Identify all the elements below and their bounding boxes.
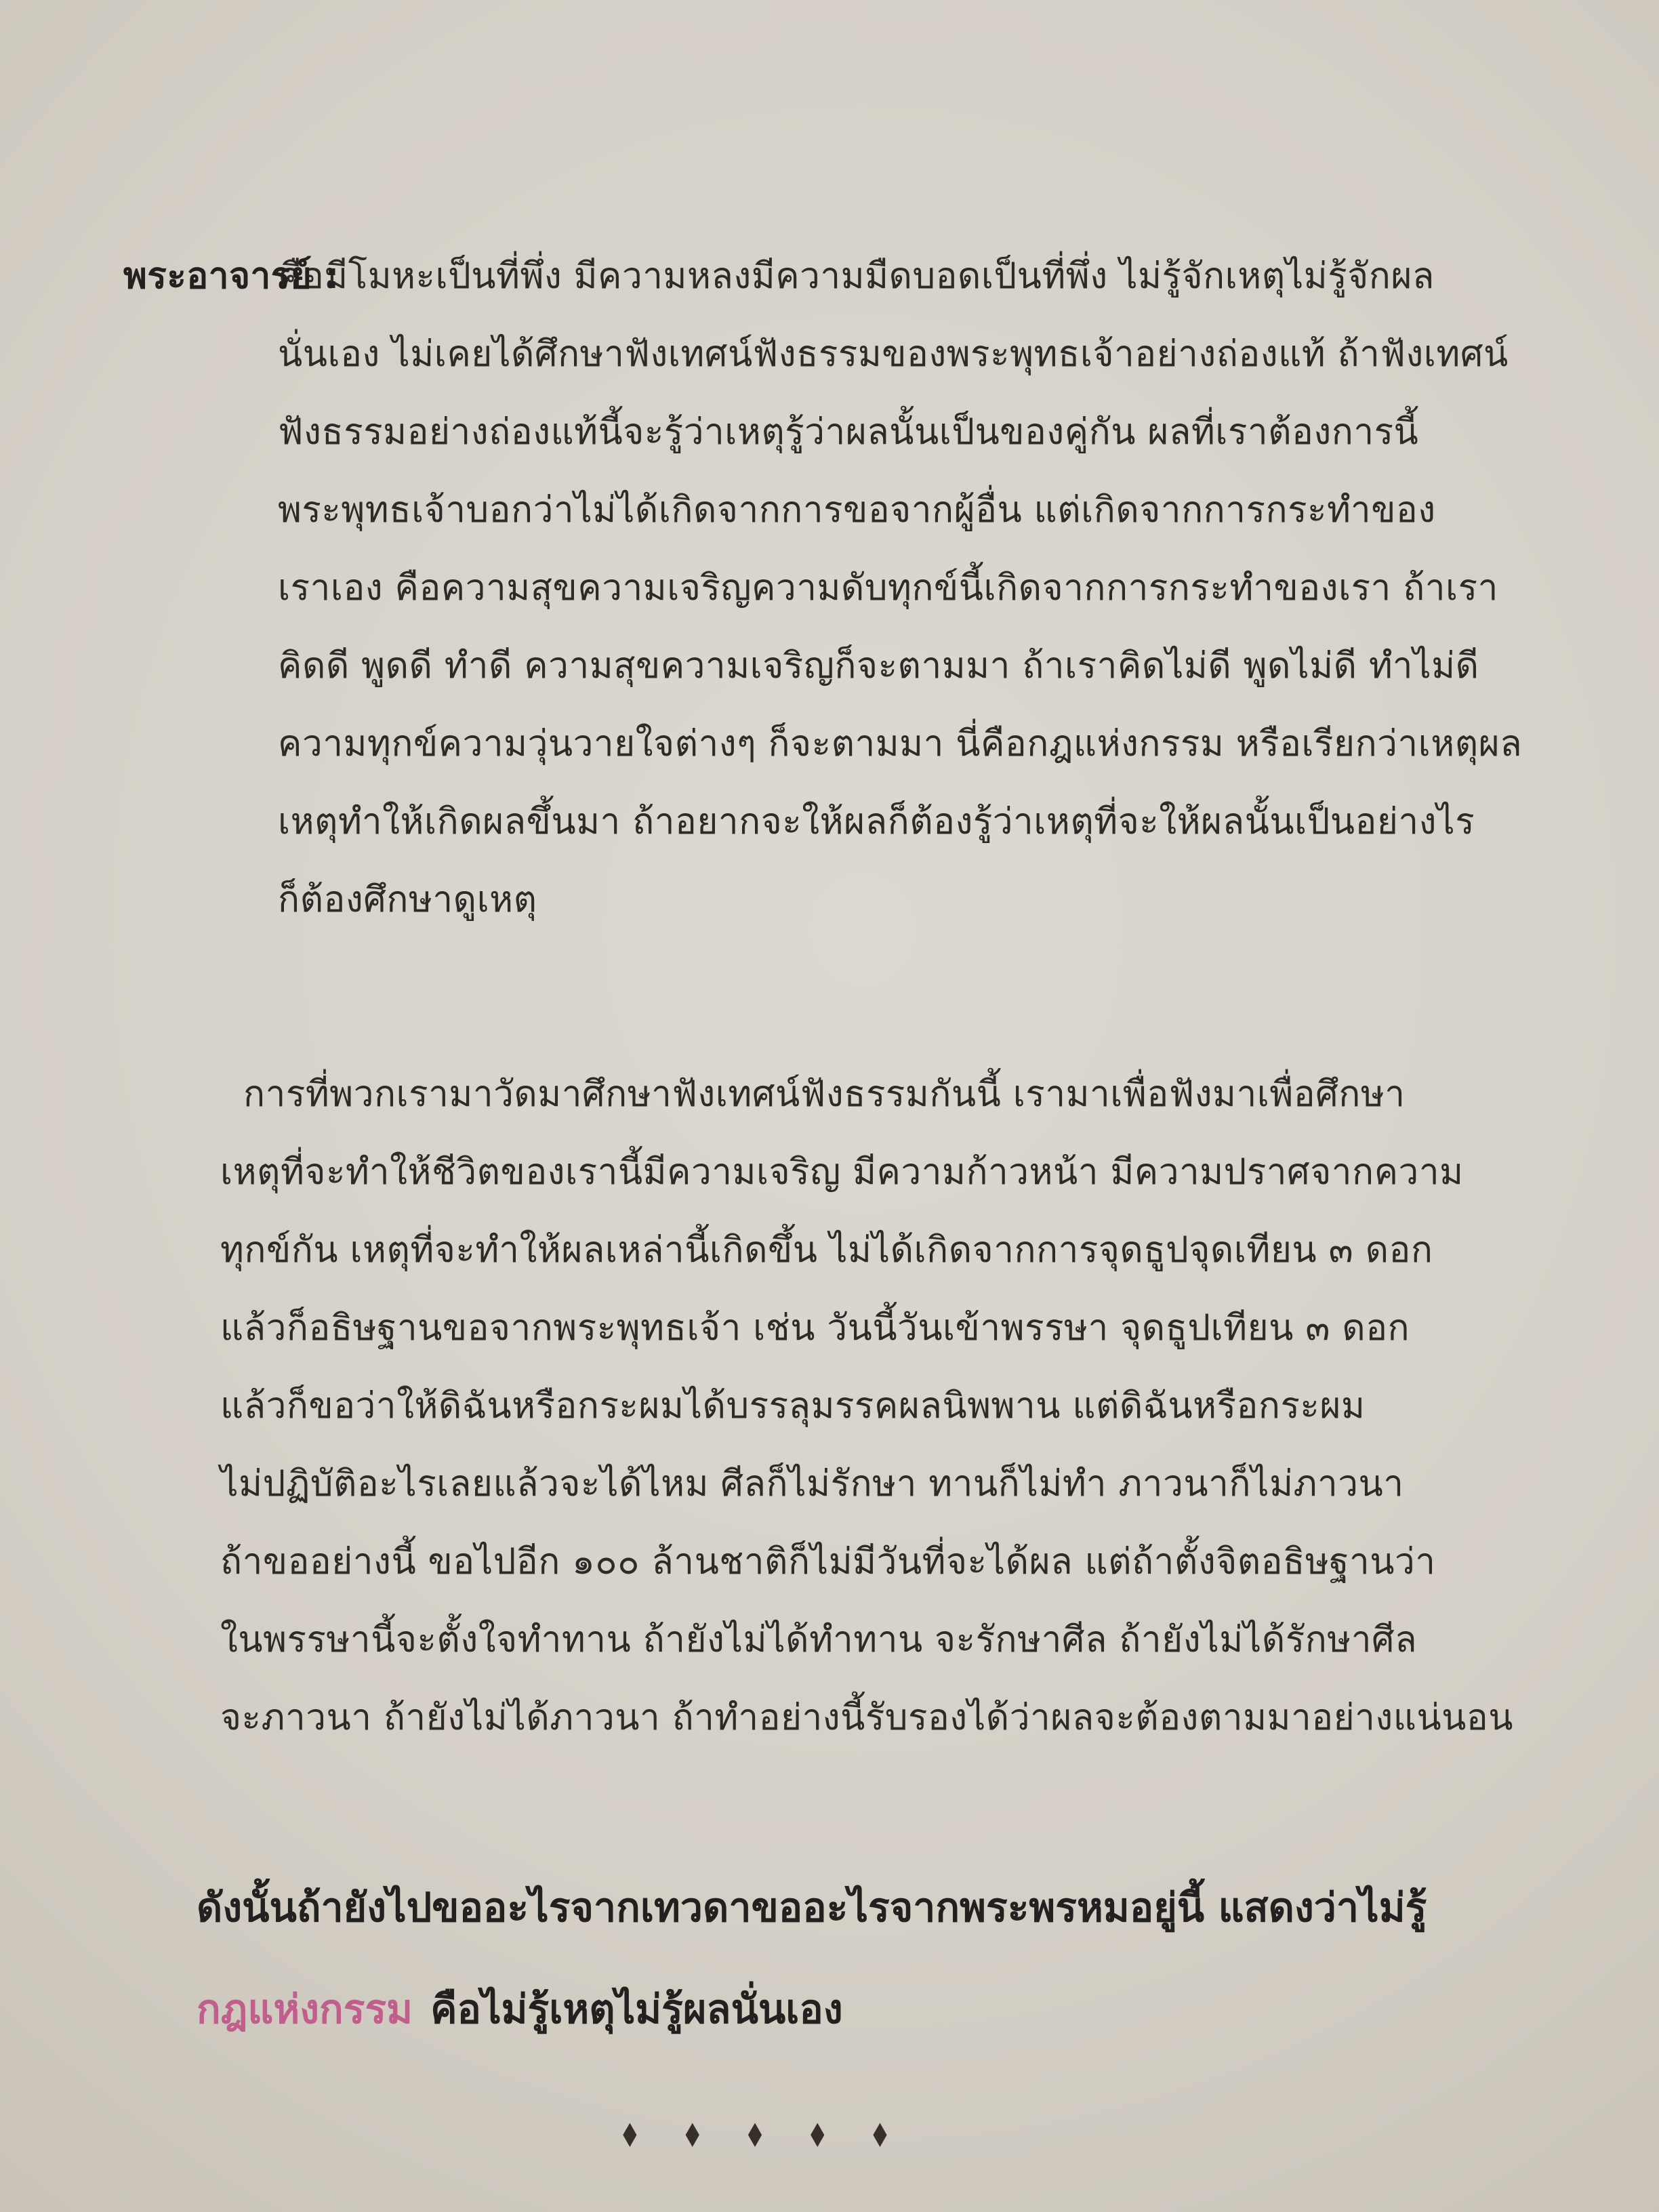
text-line: เหตุทำให้เกิดผลขึ้นมา ถ้าอยากจะให้ผลก็ต้… (278, 783, 1618, 861)
text-line: ทุกข์กัน เหตุที่จะทำให้ผลเหล่านี้เกิดขึ้… (220, 1211, 1618, 1289)
diamond-ornament-icon: ♦ (682, 2118, 703, 2155)
text-line: การที่พวกเรามาวัดมาศึกษาฟังเทศน์ฟังธรรมก… (220, 1055, 1618, 1133)
text-line: ดังนั้นถ้ายังไปขออะไรจากเทวดาขออะไรจากพร… (197, 1857, 1618, 1959)
text-line: ถ้าขออย่างนี้ ขอไปอีก ๑๐๐ ล้านชาติก็ไม่ม… (220, 1523, 1618, 1601)
diamond-ornament-icon: ♦ (869, 2118, 890, 2155)
conclusion-line2: คือไม่รู้เหตุไม่รู้ผลนั่นเอง (430, 1986, 843, 2032)
section-divider-diamonds: ♦♦♦♦♦ (0, 2123, 1564, 2150)
text-line: เหตุที่จะทำให้ชีวิตของเรานี้มีความเจริญ … (220, 1133, 1618, 1211)
text-line: แล้วก็อธิษฐานขอจากพระพุทธเจ้า เช่น วันนี… (220, 1289, 1618, 1367)
speaker-label: พระอาจารย์ : (123, 237, 340, 315)
diamond-ornament-icon: ♦ (619, 2118, 640, 2155)
diamond-ornament-icon: ♦ (744, 2118, 766, 2155)
highlight-law-of-karma: กฎแห่งกรรม (197, 1986, 413, 2032)
book-page: พระอาจารย์ : คือมีโมหะเป็นที่พึ่ง มีความ… (0, 0, 1659, 2212)
conclusion-line1: ดังนั้นถ้ายังไปขออะไรจากเทวดาขออะไรจากพร… (197, 1884, 1427, 1931)
paragraph-2-lines: การที่พวกเรามาวัดมาศึกษาฟังเทศน์ฟังธรรมก… (220, 1055, 1618, 1757)
text-line: ในพรรษานี้จะตั้งใจทำทาน ถ้ายังไม่ได้ทำทา… (220, 1601, 1618, 1679)
text-line: พระพุทธเจ้าบอกว่าไม่ได้เกิดจากการขอจากผู… (278, 471, 1618, 549)
conclusion-paragraph: ดังนั้นถ้ายังไปขออะไรจากเทวดาขออะไรจากพร… (197, 1857, 1618, 2060)
text-line: ฟังธรรมอย่างถ่องแท้นี้จะรู้ว่าเหตุรู้ว่า… (278, 393, 1618, 471)
text-line: แล้วก็ขอว่าให้ดิฉันหรือกระผมได้บรรลุมรรค… (220, 1367, 1618, 1445)
paragraph-teacher-answer: พระอาจารย์ : คือมีโมหะเป็นที่พึ่ง มีความ… (278, 237, 1618, 939)
text-line: กฎแห่งกรรมคือไม่รู้เหตุไม่รู้ผลนั่นเอง (197, 1959, 1618, 2060)
text-line: เราเอง คือความสุขความเจริญความดับทุกข์นี… (278, 549, 1618, 627)
text-line: จะภาวนา ถ้ายังไม่ได้ภาวนา ถ้าทำอย่างนี้ร… (220, 1679, 1618, 1757)
text-line: ไม่ปฏิบัติอะไรเลยแล้วจะได้ไหม ศีลก็ไม่รั… (220, 1445, 1618, 1523)
text-line: นั่นเอง ไม่เคยได้ศึกษาฟังเทศน์ฟังธรรมของ… (278, 315, 1618, 393)
text-line: ความทุกข์ความวุ่นวายใจต่างๆ ก็จะตามมา นี… (278, 705, 1618, 783)
text-line: ก็ต้องศึกษาดูเหตุ (278, 861, 1618, 939)
paragraph-2: การที่พวกเรามาวัดมาศึกษาฟังเทศน์ฟังธรรมก… (220, 1055, 1618, 1757)
text-line: คือมีโมหะเป็นที่พึ่ง มีความหลงมีความมืดบ… (278, 237, 1618, 315)
paragraph-1-lines: คือมีโมหะเป็นที่พึ่ง มีความหลงมีความมืดบ… (278, 237, 1618, 939)
diamond-ornament-icon: ♦ (806, 2118, 828, 2155)
text-line: คิดดี พูดดี ทำดี ความสุขความเจริญก็จะตาม… (278, 627, 1618, 705)
